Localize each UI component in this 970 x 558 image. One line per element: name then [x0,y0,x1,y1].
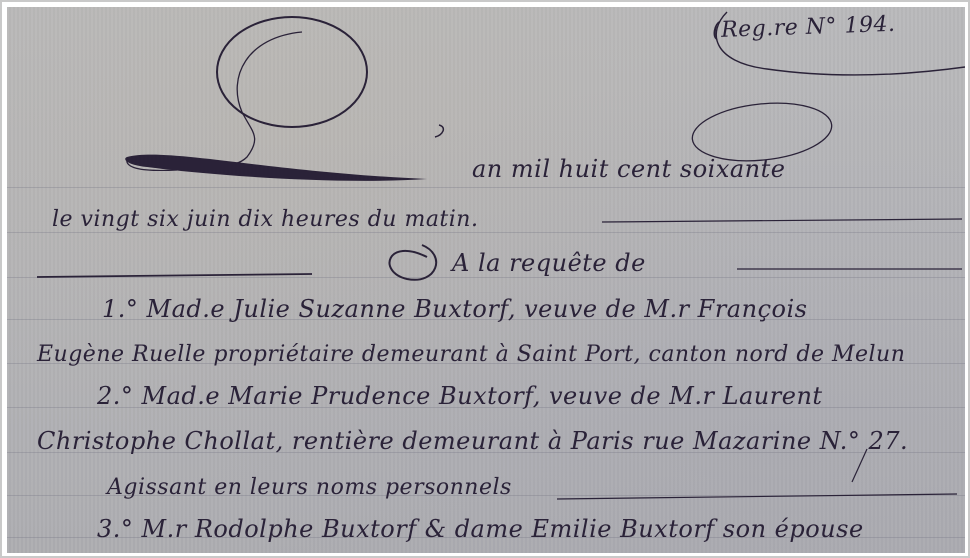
document-line: 3.° M.r Rodolphe Buxtorf & dame Emilie B… [97,515,864,543]
manuscript-page: (Reg.re N° 194. an mil huit cent soixant… [7,7,965,553]
document-line: Agissant en leurs noms personnels [107,475,512,500]
calligraphic-flourishes [7,7,965,553]
document-line: A la requête de [452,249,646,277]
document-line: an mil huit cent soixante [472,155,785,183]
document-line: le vingt six juin dix heures du matin. [52,207,478,232]
document-line: Christophe Chollat, rentière demeurant à… [37,427,908,455]
document-line: Eugène Ruelle propriétaire demeurant à S… [37,342,905,367]
image-frame: (Reg.re N° 194. an mil huit cent soixant… [0,0,970,558]
document-line: 2.° Mad.e Marie Prudence Buxtorf, veuve … [97,382,823,410]
document-line: 1.° Mad.e Julie Suzanne Buxtorf, veuve d… [102,295,807,323]
